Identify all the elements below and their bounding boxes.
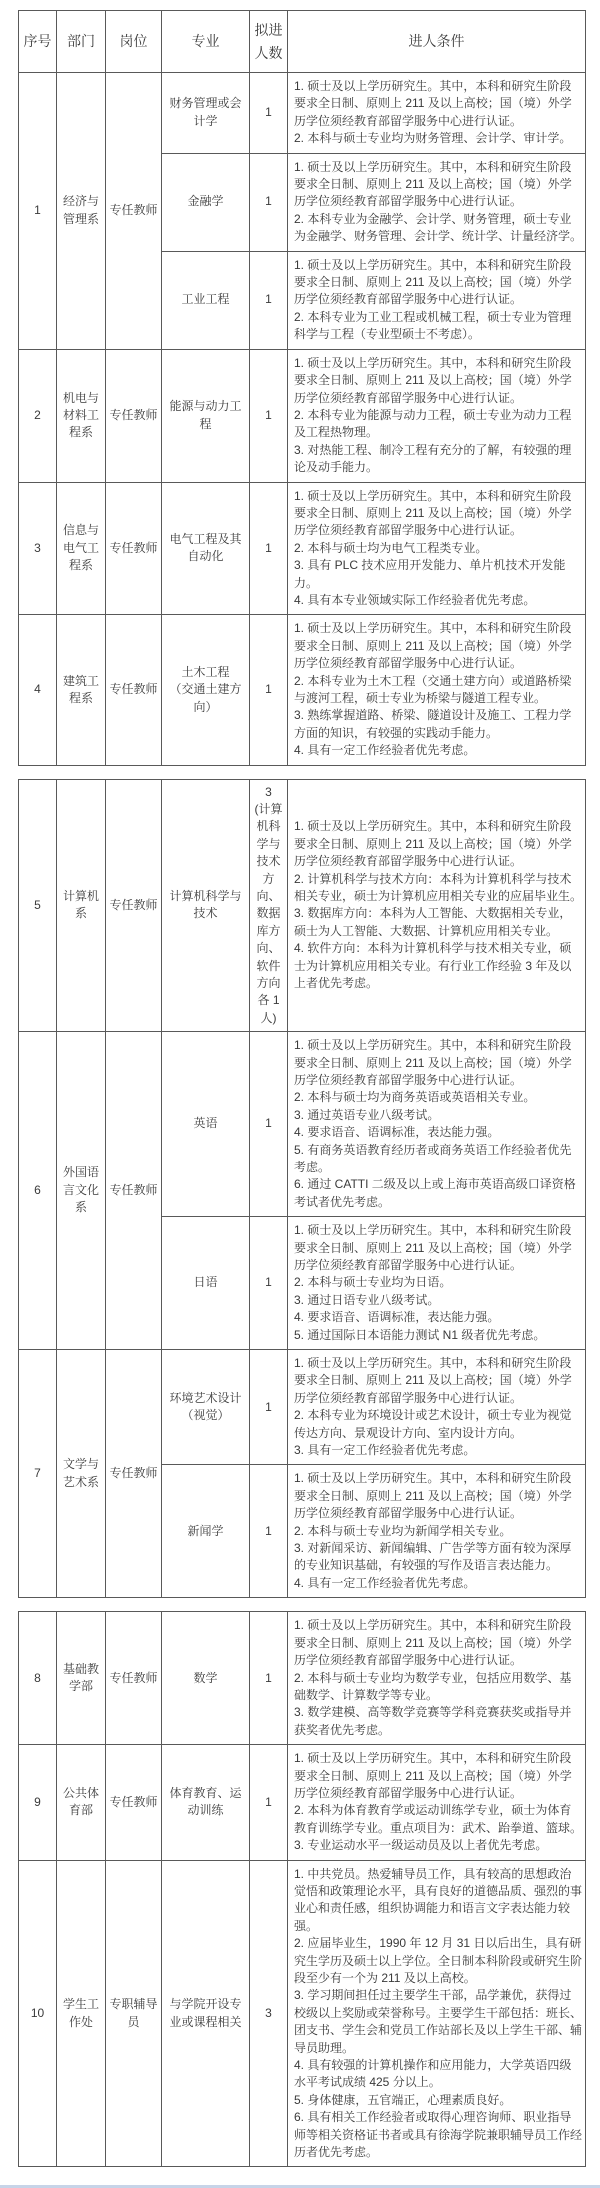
- condition-item: 3. 对热能工程、制冷工程有充分的了解，有较强的理论及动手能力。: [294, 442, 582, 477]
- cell-planned-count: 1: [250, 615, 288, 765]
- condition-item: 2. 本科专业为金融学、会计学、财务管理，硕士专业为金融学、财务管理、会计学、统…: [294, 211, 582, 246]
- recruitment-table-section: 5计算机系专任教师计算机科学与技术3 (计算机科学与技术方向、数据库方向、软件方…: [18, 779, 586, 1599]
- cell-seq: 7: [19, 1350, 57, 1598]
- cell-planned-count: 3 (计算机科学与技术方向、数据库方向、软件方向各 1 人): [250, 779, 288, 1031]
- condition-item: 2. 本科与硕士均为商务英语或英语相关专业。: [294, 1089, 582, 1106]
- cell-department: 信息与电气工程系: [57, 482, 106, 615]
- cell-seq: 4: [19, 615, 57, 765]
- cell-major: 电气工程及其自动化: [162, 482, 250, 615]
- condition-item: 2. 本科与硕士专业均为新闻学相关专业。: [294, 1523, 582, 1540]
- condition-item: 1. 硕士及以上学历研究生。其中，本科和研究生阶段要求全日制、原则上 211 及…: [294, 78, 582, 130]
- cell-conditions: 1. 硕士及以上学历研究生。其中，本科和研究生阶段要求全日制、原则上 211 及…: [288, 1745, 586, 1860]
- condition-item: 2. 本科专业为环境设计或艺术设计，硕士专业为视觉传达方向、景观设计方向、室内设…: [294, 1407, 582, 1442]
- condition-item: 1. 硕士及以上学历研究生。其中，本科和研究生阶段要求全日制、原则上 211 及…: [294, 1355, 582, 1407]
- condition-item: 5. 身体健康，五官端正，心理素质良好。: [294, 2092, 582, 2109]
- cell-department: 基础教学部: [57, 1612, 106, 1745]
- cell-department: 计算机系: [57, 779, 106, 1031]
- cell-major: 工业工程: [162, 251, 250, 349]
- cell-department: 经济与管理系: [57, 73, 106, 350]
- cell-planned-count: 1: [250, 251, 288, 349]
- cell-planned-count: 1: [250, 1217, 288, 1350]
- condition-item: 1. 硕士及以上学历研究生。其中，本科和研究生阶段要求全日制、原则上 211 及…: [294, 1470, 582, 1522]
- cell-major: 能源与动力工程: [162, 349, 250, 482]
- condition-item: 6. 通过 CATTI 二级及以上或上海市英语高级口译资格考试者优先考虑。: [294, 1176, 582, 1211]
- condition-item: 2. 计算机科学与技术方向：本科为计算机科学与技术相关专业，硕士为计算机应用相关…: [294, 871, 582, 906]
- condition-item: 1. 硕士及以上学历研究生。其中，本科和研究生阶段要求全日制、原则上 211 及…: [294, 818, 582, 870]
- condition-item: 1. 硕士及以上学历研究生。其中，本科和研究生阶段要求全日制、原则上 211 及…: [294, 620, 582, 672]
- cell-position: 专任教师: [106, 1350, 162, 1598]
- cell-planned-count: 1: [250, 482, 288, 615]
- condition-item: 1. 中共党员。热爱辅导员工作，具有较高的思想政治觉悟和政策理论水平，具有良好的…: [294, 1866, 582, 1936]
- table-row: 3信息与电气工程系专任教师电气工程及其自动化11. 硕士及以上学历研究生。其中，…: [19, 482, 586, 615]
- condition-item: 5. 有商务英语教育经历者或商务英语工作经验者优先考虑。: [294, 1142, 582, 1177]
- cell-seq: 1: [19, 73, 57, 350]
- col-header: 专业: [162, 11, 250, 73]
- condition-item: 1. 硕士及以上学历研究生。其中，本科和研究生阶段要求全日制、原则上 211 及…: [294, 257, 582, 309]
- cell-department: 外国语言文化系: [57, 1032, 106, 1350]
- table-row: 1经济与管理系专任教师财务管理或会计学11. 硕士及以上学历研究生。其中，本科和…: [19, 73, 586, 154]
- cell-planned-count: 1: [250, 153, 288, 251]
- cell-conditions: 1. 硕士及以上学历研究生。其中，本科和研究生阶段要求全日制、原则上 211 及…: [288, 615, 586, 765]
- col-header: 进人条件: [288, 11, 586, 73]
- col-header: 序号: [19, 11, 57, 73]
- condition-item: 4. 软件方向：本科为计算机科学与技术相关专业，硕士为计算机应用相关专业。有行业…: [294, 940, 582, 992]
- condition-item: 2. 本科与硕士专业均为财务管理、会计学、审计学。: [294, 130, 582, 147]
- condition-item: 2. 本科专业为能源与动力工程，硕士专业为动力工程及工程热物理。: [294, 407, 582, 442]
- cell-major: 土木工程 （交通土建方向）: [162, 615, 250, 765]
- condition-item: 3. 通过日语专业八级考试。: [294, 1292, 582, 1309]
- recruitment-table-section: 8基础教学部专任教师数学11. 硕士及以上学历研究生。其中，本科和研究生阶段要求…: [18, 1611, 586, 2167]
- cell-conditions: 1. 硕士及以上学历研究生。其中，本科和研究生阶段要求全日制、原则上 211 及…: [288, 779, 586, 1031]
- cell-conditions: 1. 硕士及以上学历研究生。其中，本科和研究生阶段要求全日制、原则上 211 及…: [288, 73, 586, 154]
- condition-item: 1. 硕士及以上学历研究生。其中，本科和研究生阶段要求全日制、原则上 211 及…: [294, 1750, 582, 1802]
- cell-planned-count: 1: [250, 1032, 288, 1217]
- col-header: 拟进人数: [250, 11, 288, 73]
- condition-item: 2. 本科专业为土木工程（交通土建方向）或道路桥梁与渡河工程，硕士专业为桥梁与隧…: [294, 673, 582, 708]
- cell-department: 学生工作处: [57, 1860, 106, 2167]
- condition-item: 3. 熟练掌握道路、桥梁、隧道设计及施工、工程力学方面的知识，有较强的实践动手能…: [294, 707, 582, 742]
- condition-item: 4. 具有较强的计算机操作和应用能力，大学英语四级水平考试成绩 425 分以上。: [294, 2057, 582, 2092]
- condition-item: 3. 数学建模、高等数学竞赛等学科竞赛获奖或指导并获奖者优先考虑。: [294, 1704, 582, 1739]
- cell-conditions: 1. 硕士及以上学历研究生。其中，本科和研究生阶段要求全日制、原则上 211 及…: [288, 482, 586, 615]
- condition-item: 2. 应届毕业生，1990 年 12 月 31 日以后出生，具有研究生学历及硕士…: [294, 1935, 582, 1987]
- cell-major: 金融学: [162, 153, 250, 251]
- condition-item: 4. 具有本专业领域实际工作经验者优先考虑。: [294, 592, 582, 609]
- col-header: 岗位: [106, 11, 162, 73]
- condition-item: 3. 数据库方向：本科为人工智能、大数据相关专业，硕士为人工智能、大数据、计算机…: [294, 905, 582, 940]
- cell-major: 与学院开设专业或课程相关: [162, 1860, 250, 2167]
- condition-item: 5. 通过国际日本语能力测试 N1 级者优先考虑。: [294, 1327, 582, 1344]
- cell-position: 专任教师: [106, 482, 162, 615]
- cell-conditions: 1. 硕士及以上学历研究生。其中，本科和研究生阶段要求全日制、原则上 211 及…: [288, 1217, 586, 1350]
- condition-item: 4. 要求语音、语调标准，表达能力强。: [294, 1124, 582, 1141]
- cell-major: 英语: [162, 1032, 250, 1217]
- cell-position: 专任教师: [106, 1612, 162, 1745]
- condition-item: 4. 要求语音、语调标准，表达能力强。: [294, 1309, 582, 1326]
- cell-planned-count: 1: [250, 73, 288, 154]
- cell-position: 专职辅导员: [106, 1860, 162, 2167]
- recruitment-table-section: 序号部门岗位专业拟进人数进人条件1经济与管理系专任教师财务管理或会计学11. 硕…: [18, 10, 586, 766]
- header-row: 序号部门岗位专业拟进人数进人条件: [19, 11, 586, 73]
- cell-major: 计算机科学与技术: [162, 779, 250, 1031]
- table-row: 6外国语言文化系专任教师英语11. 硕士及以上学历研究生。其中，本科和研究生阶段…: [19, 1032, 586, 1217]
- cell-major: 环境艺术设计 （视觉）: [162, 1350, 250, 1465]
- cell-department: 文学与艺术系: [57, 1350, 106, 1598]
- condition-item: 1. 硕士及以上学历研究生。其中，本科和研究生阶段要求全日制、原则上 211 及…: [294, 159, 582, 211]
- cell-position: 专任教师: [106, 73, 162, 350]
- cell-conditions: 1. 硕士及以上学历研究生。其中，本科和研究生阶段要求全日制、原则上 211 及…: [288, 1350, 586, 1465]
- cell-seq: 8: [19, 1612, 57, 1745]
- table-row: 2机电与材料工程系专任教师能源与动力工程11. 硕士及以上学历研究生。其中，本科…: [19, 349, 586, 482]
- cell-conditions: 1. 硕士及以上学历研究生。其中，本科和研究生阶段要求全日制、原则上 211 及…: [288, 1032, 586, 1217]
- condition-item: 1. 硕士及以上学历研究生。其中，本科和研究生阶段要求全日制、原则上 211 及…: [294, 1222, 582, 1274]
- cell-seq: 6: [19, 1032, 57, 1350]
- cell-planned-count: 1: [250, 1350, 288, 1465]
- table-row: 9公共体育部专任教师体育教育、运动训练11. 硕士及以上学历研究生。其中，本科和…: [19, 1745, 586, 1860]
- condition-item: 3. 专业运动水平一级运动员及以上者优先考虑。: [294, 1837, 582, 1854]
- cell-position: 专任教师: [106, 1745, 162, 1860]
- condition-item: 3. 具有一定工作经验者优先考虑。: [294, 1442, 582, 1459]
- cell-planned-count: 1: [250, 1745, 288, 1860]
- cell-seq: 10: [19, 1860, 57, 2167]
- cell-conditions: 1. 硕士及以上学历研究生。其中，本科和研究生阶段要求全日制、原则上 211 及…: [288, 251, 586, 349]
- cell-position: 专任教师: [106, 779, 162, 1031]
- cell-planned-count: 1: [250, 349, 288, 482]
- condition-item: 2. 本科专业为工业工程或机械工程，硕士专业为管理科学与工程（专业型硕士不考虑）…: [294, 309, 582, 344]
- cell-department: 公共体育部: [57, 1745, 106, 1860]
- cell-major: 新闻学: [162, 1465, 250, 1598]
- condition-item: 4. 具有一定工作经验者优先考虑。: [294, 1575, 582, 1592]
- condition-item: 3. 具有 PLC 技术应用开发能力、单片机技术开发能力。: [294, 557, 582, 592]
- condition-item: 3. 对新闻采访、新闻编辑、广告学等方面有较为深厚的专业知识基础，有较强的写作及…: [294, 1540, 582, 1575]
- cell-planned-count: 1: [250, 1465, 288, 1598]
- cell-planned-count: 1: [250, 1612, 288, 1745]
- condition-item: 4. 具有一定工作经验者优先考虑。: [294, 742, 582, 759]
- table-row: 8基础教学部专任教师数学11. 硕士及以上学历研究生。其中，本科和研究生阶段要求…: [19, 1612, 586, 1745]
- cell-major: 日语: [162, 1217, 250, 1350]
- cell-seq: 9: [19, 1745, 57, 1860]
- condition-item: 3. 学习期间担任过主要学生干部，品学兼优，获得过校级以上奖励或荣誉称号。主要学…: [294, 1987, 582, 2057]
- col-header: 部门: [57, 11, 106, 73]
- condition-item: 1. 硕士及以上学历研究生。其中，本科和研究生阶段要求全日制、原则上 211 及…: [294, 488, 582, 540]
- condition-item: 2. 本科为体育教育学或运动训练学专业，硕士为体育教育训练学专业。重点项目为：武…: [294, 1802, 582, 1837]
- condition-item: 2. 本科与硕士专业均为日语。: [294, 1274, 582, 1291]
- table-row: 10学生工作处专职辅导员与学院开设专业或课程相关31. 中共党员。热爱辅导员工作…: [19, 1860, 586, 2167]
- cell-conditions: 1. 硕士及以上学历研究生。其中，本科和研究生阶段要求全日制、原则上 211 及…: [288, 1612, 586, 1745]
- condition-item: 3. 通过英语专业八级考试。: [294, 1107, 582, 1124]
- cell-major: 体育教育、运动训练: [162, 1745, 250, 1860]
- cell-planned-count: 3: [250, 1860, 288, 2167]
- cell-position: 专任教师: [106, 1032, 162, 1350]
- cell-conditions: 1. 硕士及以上学历研究生。其中，本科和研究生阶段要求全日制、原则上 211 及…: [288, 349, 586, 482]
- cell-conditions: 1. 硕士及以上学历研究生。其中，本科和研究生阶段要求全日制、原则上 211 及…: [288, 1465, 586, 1598]
- cell-major: 数学: [162, 1612, 250, 1745]
- cell-seq: 3: [19, 482, 57, 615]
- cell-position: 专任教师: [106, 349, 162, 482]
- cell-seq: 2: [19, 349, 57, 482]
- cell-department: 机电与材料工程系: [57, 349, 106, 482]
- table-row: 5计算机系专任教师计算机科学与技术3 (计算机科学与技术方向、数据库方向、软件方…: [19, 779, 586, 1031]
- condition-item: 2. 本科与硕士专业均为数学专业，包括应用数学、基础数学、计算数学等专业。: [294, 1670, 582, 1705]
- cell-major: 财务管理或会计学: [162, 73, 250, 154]
- condition-item: 1. 硕士及以上学历研究生。其中，本科和研究生阶段要求全日制、原则上 211 及…: [294, 355, 582, 407]
- table-row: 7文学与艺术系专任教师环境艺术设计 （视觉）11. 硕士及以上学历研究生。其中，…: [19, 1350, 586, 1465]
- page: { "page": { "background": "#ffffff", "bo…: [0, 0, 600, 2188]
- condition-item: 2. 本科与硕士均为电气工程类专业。: [294, 540, 582, 557]
- condition-item: 6. 具有相关工作经验者或取得心理咨询师、职业指导师等相关资格证书者或具有徐海学…: [294, 2109, 582, 2161]
- table-row: 4建筑工程系专任教师土木工程 （交通土建方向）11. 硕士及以上学历研究生。其中…: [19, 615, 586, 765]
- cell-conditions: 1. 中共党员。热爱辅导员工作，具有较高的思想政治觉悟和政策理论水平，具有良好的…: [288, 1860, 586, 2167]
- cell-conditions: 1. 硕士及以上学历研究生。其中，本科和研究生阶段要求全日制、原则上 211 及…: [288, 153, 586, 251]
- cell-seq: 5: [19, 779, 57, 1031]
- cell-department: 建筑工程系: [57, 615, 106, 765]
- cell-position: 专任教师: [106, 615, 162, 765]
- recruitment-tables: 序号部门岗位专业拟进人数进人条件1经济与管理系专任教师财务管理或会计学11. 硕…: [0, 0, 600, 2188]
- condition-item: 1. 硕士及以上学历研究生。其中，本科和研究生阶段要求全日制、原则上 211 及…: [294, 1617, 582, 1669]
- condition-item: 1. 硕士及以上学历研究生。其中，本科和研究生阶段要求全日制、原则上 211 及…: [294, 1037, 582, 1089]
